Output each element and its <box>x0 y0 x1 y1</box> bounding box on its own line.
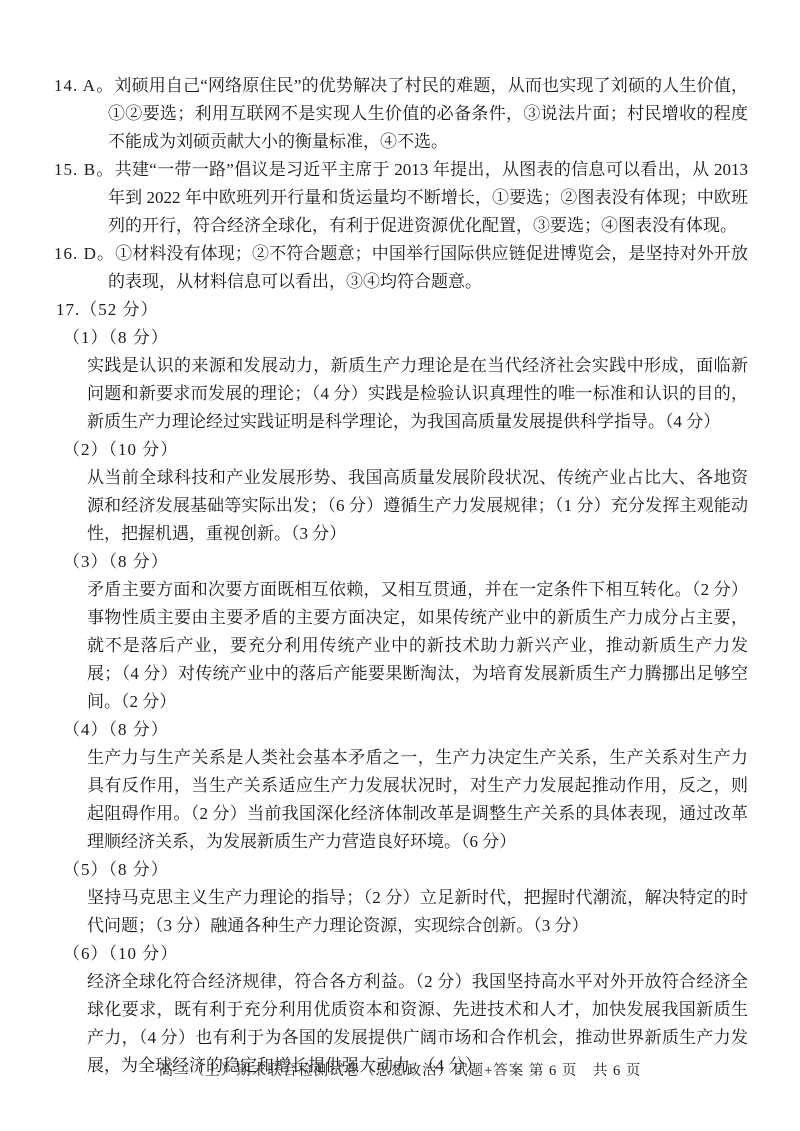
question-17-part-5: （5）（8 分） 坚持马克思主义生产力理论的指导；（2 分）立足新时代，把握时代… <box>54 856 748 940</box>
part-6-marker: （6）（10 分） <box>54 940 748 968</box>
answer-text-14: 刘硕用自己“网络原住民”的优势解决了村民的难题，从而也实现了刘硕的人生价值，①②… <box>108 76 748 151</box>
page-footer: 高二（上）期末联合检测试卷（思想政治）试题+答案 第 6 页 共 6 页 <box>0 1060 800 1082</box>
part-4-marker: （4）（8 分） <box>54 716 748 744</box>
answer-item-15: 15. B。共建“一带一路”倡议是习近平主席于 2013 年提出，从图表的信息可… <box>54 156 748 240</box>
part-1-marker: （1）（8 分） <box>54 324 748 352</box>
part-2-marker: （2）（10 分） <box>54 436 748 464</box>
part-3-marker: （3）（8 分） <box>54 548 748 576</box>
answer-item-14: 14. A。刘硕用自己“网络原住民”的优势解决了村民的难题，从而也实现了刘硕的人… <box>54 72 748 156</box>
answer-number-15: 15. B。 <box>54 160 115 179</box>
answer-number-14: 14. A。 <box>54 76 114 95</box>
question-17-part-4: （4）（8 分） 生产力与生产关系是人类社会基本矛盾之一，生产力决定生产关系，生… <box>54 716 748 856</box>
answer-item-16: 16. D。①材料没有体现；②不符合题意；中国举行国际供应链促进博览会，是坚持对… <box>54 240 748 296</box>
part-5-answer: 坚持马克思主义生产力理论的指导；（2 分）立足新时代，把握时代潮流，解决特定的时… <box>54 884 748 940</box>
question-17-part-1: （1）（8 分） 实践是认识的来源和发展动力，新质生产力理论是在当代经济社会实践… <box>54 324 748 436</box>
answer-key-content: 14. A。刘硕用自己“网络原住民”的优势解决了村民的难题，从而也实现了刘硕的人… <box>54 72 748 1080</box>
answer-text-16: ①材料没有体现；②不符合题意；中国举行国际供应链促进博览会，是坚持对外开放的表现… <box>108 244 748 291</box>
document-page: 14. A。刘硕用自己“网络原住民”的优势解决了村民的难题，从而也实现了刘硕的人… <box>0 0 800 1131</box>
question-17-heading: 17.（52 分） <box>54 296 748 324</box>
part-4-answer: 生产力与生产关系是人类社会基本矛盾之一，生产力决定生产关系，生产关系对生产力具有… <box>54 744 748 856</box>
question-17-part-3: （3）（8 分） 矛盾主要方面和次要方面既相互依赖，又相互贯通，并在一定条件下相… <box>54 548 748 716</box>
part-3-answer: 矛盾主要方面和次要方面既相互依赖，又相互贯通，并在一定条件下相互转化。（2 分）… <box>54 576 748 716</box>
question-17-part-2: （2）（10 分） 从当前全球科技和产业发展形势、我国高质量发展阶段状况、传统产… <box>54 436 748 548</box>
question-17-part-6: （6）（10 分） 经济全球化符合经济规律，符合各方利益。（2 分）我国坚持高水… <box>54 940 748 1080</box>
answer-text-15: 共建“一带一路”倡议是习近平主席于 2013 年提出，从图表的信息可以看出，从 … <box>108 160 748 235</box>
part-1-answer: 实践是认识的来源和发展动力，新质生产力理论是在当代经济社会实践中形成，面临新问题… <box>54 352 748 436</box>
part-5-marker: （5）（8 分） <box>54 856 748 884</box>
part-2-answer: 从当前全球科技和产业发展形势、我国高质量发展阶段状况、传统产业占比大、各地资源和… <box>54 464 748 548</box>
answer-number-16: 16. D。 <box>54 244 115 263</box>
